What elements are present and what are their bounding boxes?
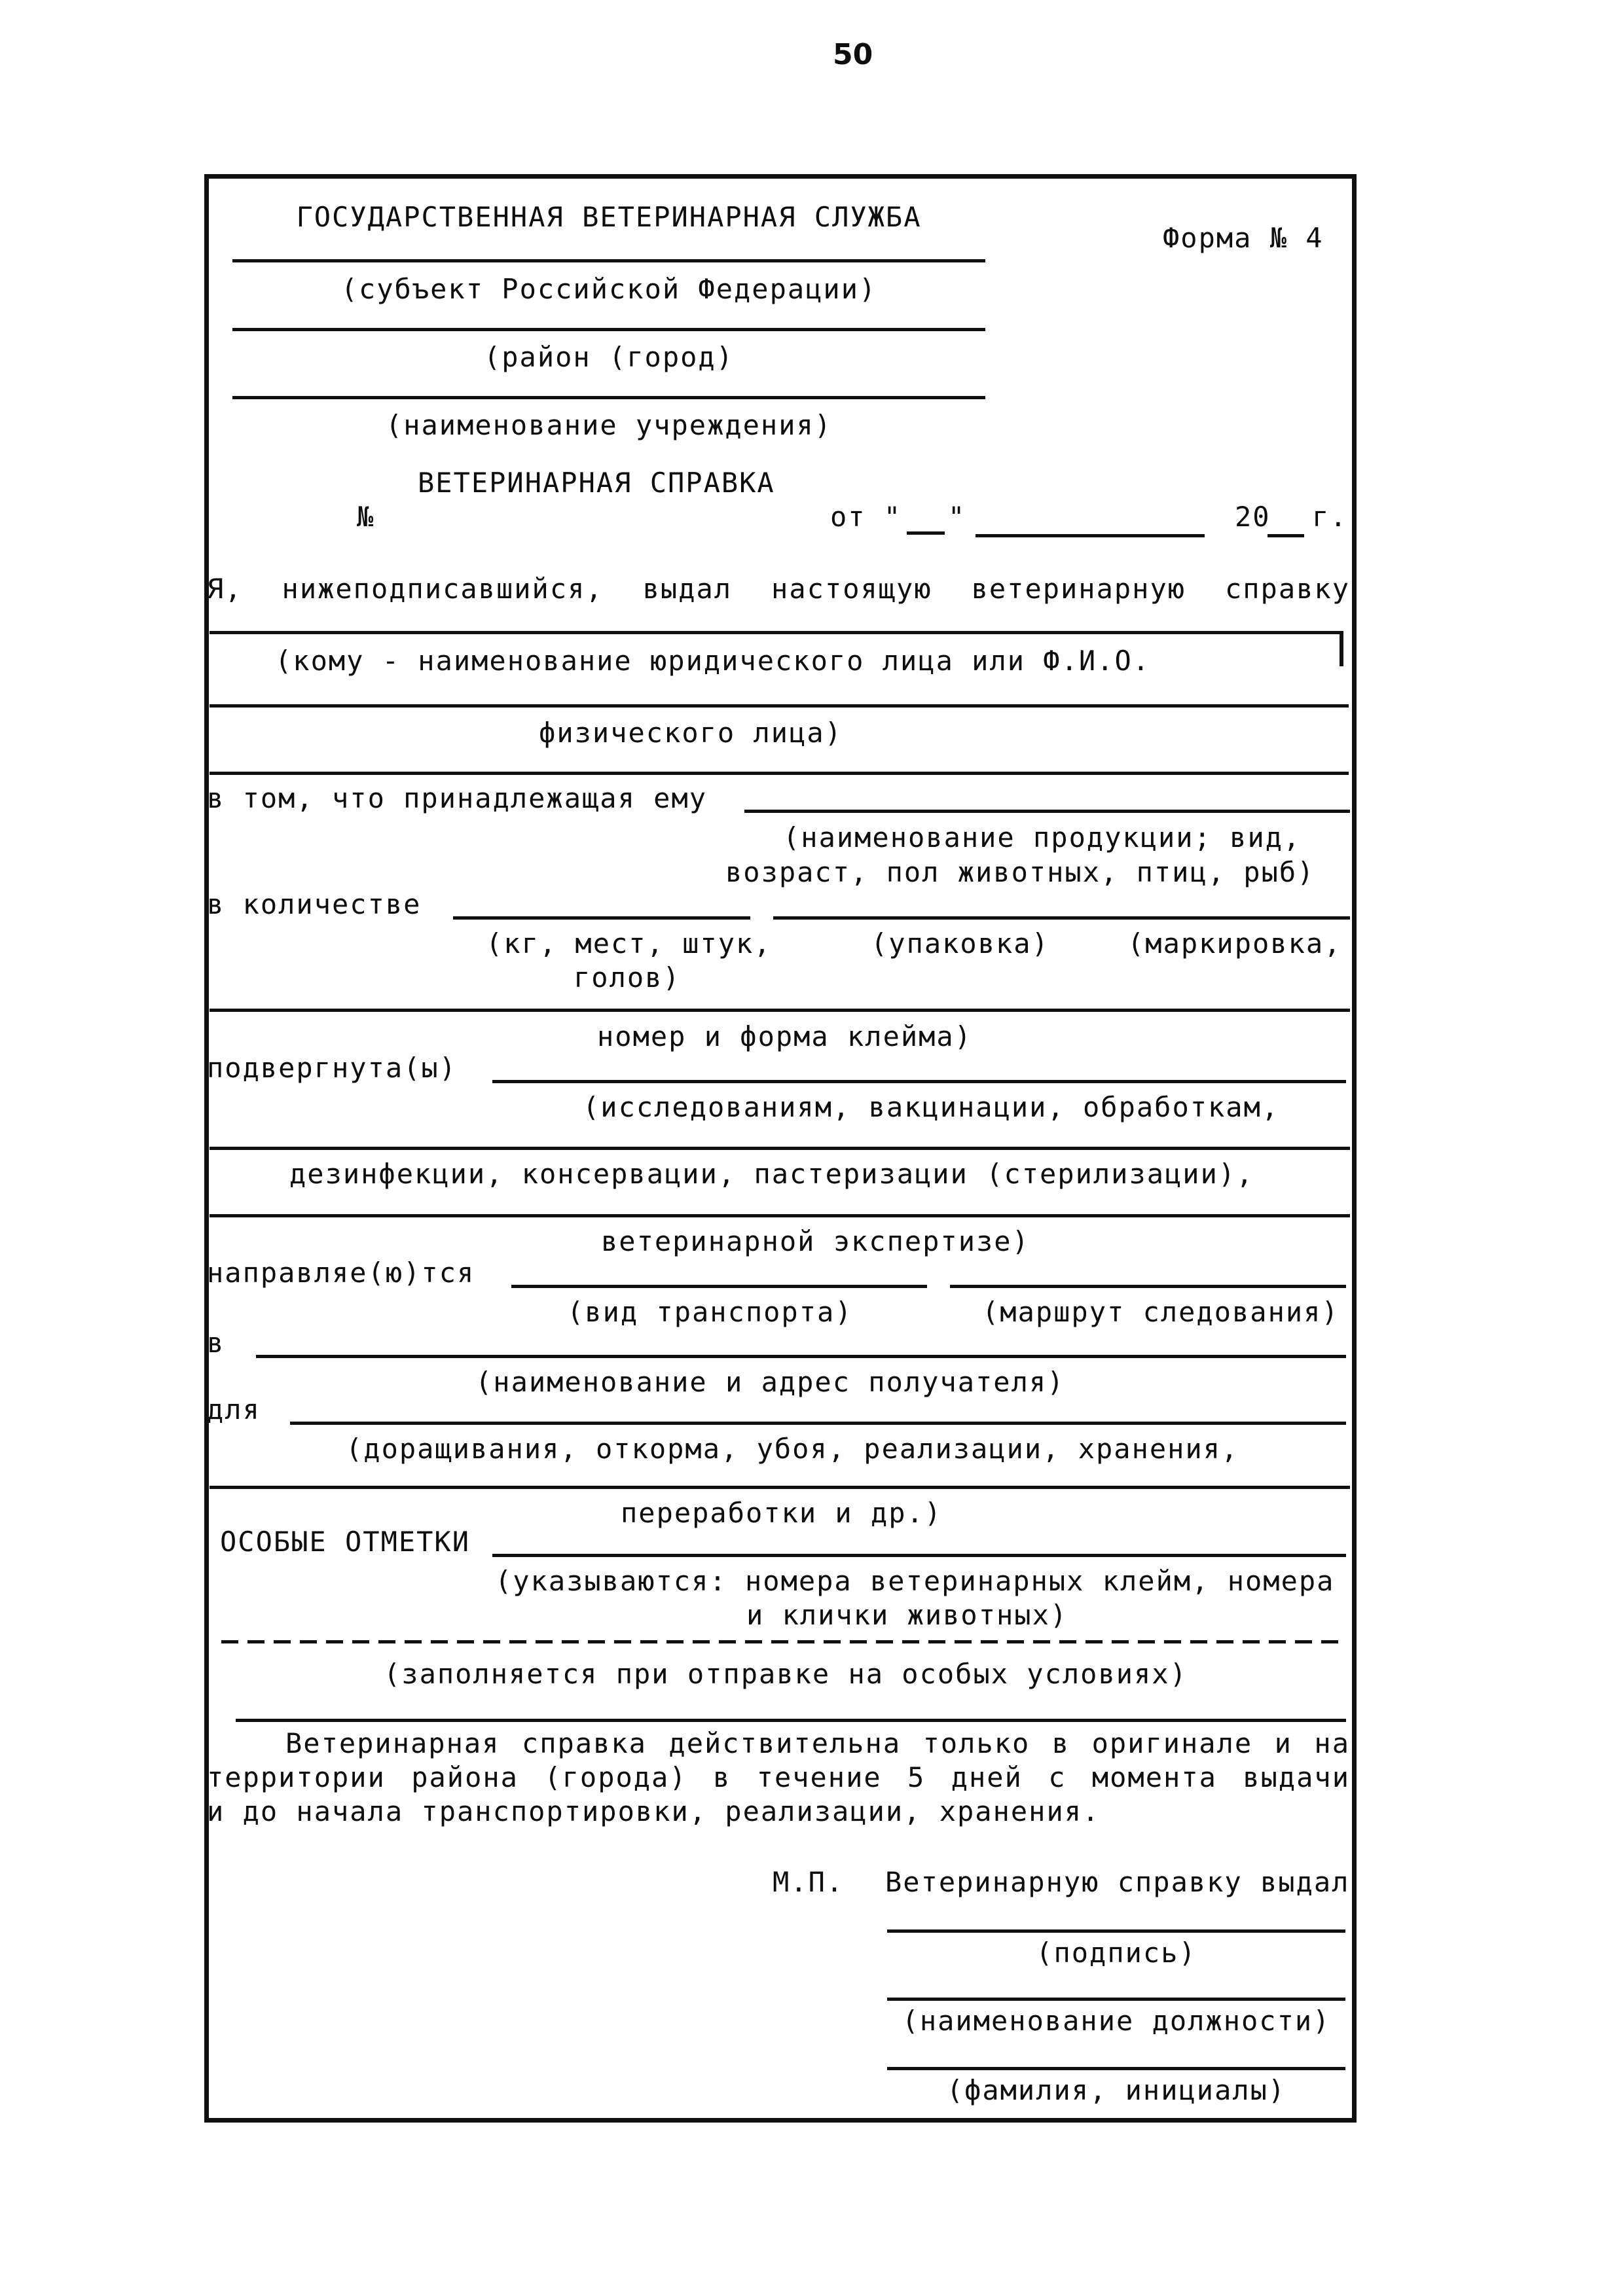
document-title: ВЕТЕРИНАРНАЯ СПРАВКА [418,467,775,499]
fill-line-position [887,1998,1345,2001]
recipient-caption-line1: (кому - наименование юридического лица и… [275,645,1150,677]
marking-caption-line2: номер и форма клейма) [597,1021,972,1052]
position-caption: (наименование должности) [887,2005,1345,2037]
marking-caption-line1: (маркировка, [1127,928,1341,960]
date-from-label: от " [830,501,902,533]
transport-caption: (вид транспорта) [567,1297,853,1328]
district-caption: (район (город) [232,342,985,373]
fill-line-day [907,531,945,535]
product-caption-line1: (наименование продукции; вид, [783,822,1301,853]
fill-line-month [976,534,1205,537]
fill-line-institution [232,396,985,399]
fill-line-marking [210,1009,1350,1012]
scanned-document-page: 50 ГОСУДАРСТВЕННАЯ ВЕТЕРИНАРНАЯ СЛУЖБА Ф… [0,0,1623,2296]
date-close-quote: " [948,501,966,533]
special-conditions-caption: (заполняется при отправке на особых усло… [384,1659,1188,1690]
subjected-caption-line2: дезинфекции, консервации, пастеризации (… [289,1158,1254,1190]
special-marks-caption-line1: (указываются: номера ветеринарных клейм,… [495,1566,1334,1597]
dispatch-label: направляе(ю)тся [207,1257,475,1289]
packaging-caption: (упаковка) [871,928,1049,960]
org-service-title: ГОСУДАРСТВЕННАЯ ВЕТЕРИНАРНАЯ СЛУЖБА [232,202,985,233]
quantity-label: в количестве [207,889,421,920]
fill-line-product [744,810,1350,813]
institution-caption: (наименование учреждения) [232,410,985,441]
consignee-caption: (наименование и адрес получателя) [475,1367,1065,1398]
date-year-prefix: 20 [1235,501,1271,533]
validity-line2: территории района (города) в течение 5 д… [207,1762,1350,1793]
fill-line-recipient-2 [210,704,1349,708]
fill-line-transport [511,1285,927,1288]
fill-line-quantity [453,916,750,920]
fill-line-purpose [290,1422,1346,1425]
fill-line-subjected-2 [210,1147,1350,1150]
product-caption-line2: возраст, пол животных, птиц, рыб) [725,857,1315,888]
fill-line-recipient [210,631,1343,634]
issuer-statement: Я, нижеподписавшийся, выдал настоящую ве… [207,573,1350,605]
fill-line-subjected-3 [210,1214,1350,1217]
quantity-units-caption-line1: (кг, мест, штук, [486,928,772,960]
stamp-place-label: М.П. [773,1867,844,1898]
route-caption: (маршрут следования) [982,1297,1340,1328]
subjected-caption-line3: ветеринарной экспертизе) [601,1226,1030,1257]
validity-separator-line [236,1719,1346,1722]
fill-line-subject [232,259,985,262]
dispatch-to-label: в [207,1327,225,1359]
recipient-caption-line2: физического лица) [458,717,923,749]
validity-line3: и до начала транспортировки, реализации,… [207,1796,1100,1827]
purpose-caption-line2: переработки и др.) [621,1498,942,1529]
special-marks-label: ОСОБЫЕ ОТМЕТКИ [220,1526,470,1558]
page-number: 50 [833,41,872,69]
fill-line-signature [887,1929,1345,1933]
recipient-line-end-tick [1340,631,1343,666]
fill-line-year [1267,534,1304,537]
fill-line-special-marks [492,1554,1346,1557]
certificate-number-sign: № [357,501,374,533]
fill-line-subjected [492,1080,1346,1083]
fill-line-consignee [256,1355,1346,1358]
fill-line-packaging [773,916,1350,920]
signature-caption: (подпись) [887,1937,1345,1969]
subjected-caption-line1: (исследованиям, вакцинации, обработкам, [583,1092,1279,1123]
name-caption: (фамилия, инициалы) [887,2075,1345,2106]
special-marks-caption-line2: и клички животных) [746,1600,1068,1631]
date-year-suffix: г. [1312,501,1348,533]
subject-caption: (субъект Российской Федерации) [232,274,985,305]
fill-line-district [232,328,985,331]
validity-line1: Ветеринарная справка действительна тольк… [207,1728,1350,1759]
fill-line-product-top [210,772,1349,775]
form-number-label: Форма № 4 [1163,223,1324,254]
product-lead-label: в том, что принадлежащая ему [207,783,707,814]
subjected-label: подвергнута(ы) [207,1052,457,1084]
special-conditions-dashed-line [221,1640,1346,1643]
purpose-caption-line1: (доращивания, откорма, убоя, реализации,… [346,1433,1239,1465]
issued-by-label: Ветеринарную справку выдал [885,1867,1349,1898]
quantity-units-caption-line2: голов) [574,962,681,994]
dispatch-for-label: для [207,1394,261,1426]
fill-line-route [950,1285,1346,1288]
fill-line-name [887,2067,1345,2070]
fill-line-purpose-2 [210,1486,1350,1489]
